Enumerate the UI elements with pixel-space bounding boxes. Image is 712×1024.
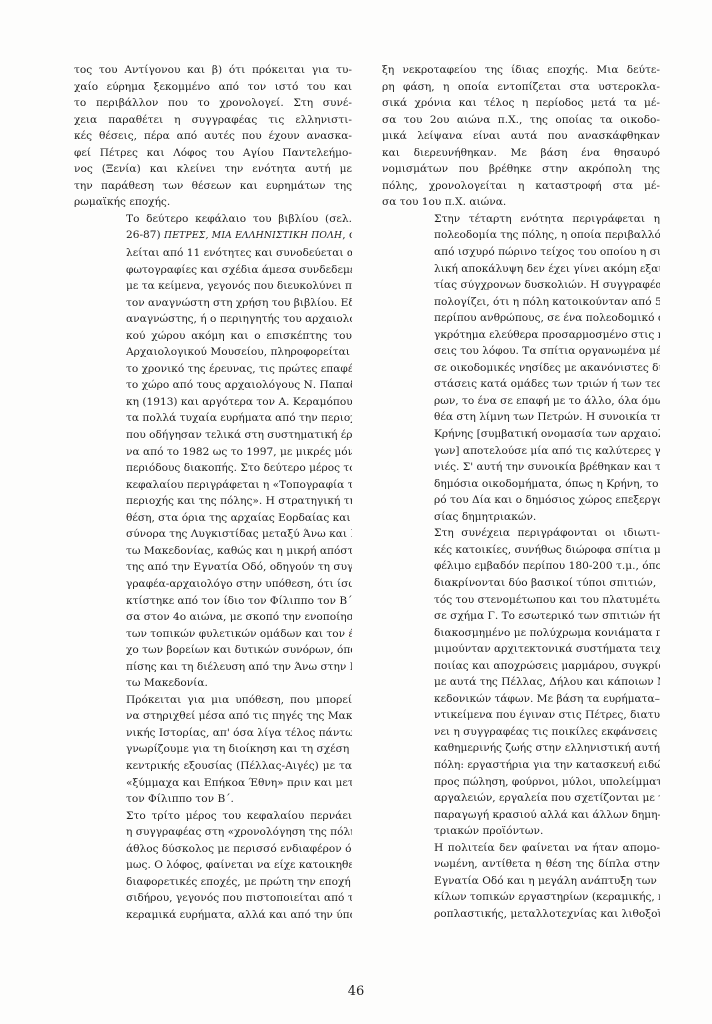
text-line: με τα κείμενα, γεγονός που διευκολύνει π…	[74, 278, 352, 295]
text-line: Πρόκειται για μια υπόθεση, που μπορεί	[74, 692, 352, 709]
text-line: Στην τέταρτη ενότητα περιγράφεται η	[382, 211, 660, 228]
text-line: και διερευνήθηκαν. Με βάση ένα θησαυρό	[382, 145, 660, 162]
text-line: ρό του Δία και ο δημόσιος χώρος επεξεργα…	[382, 492, 660, 509]
paragraph: Το δεύτερο κεφάλαιο του βιβλίου (σελ.26-…	[74, 211, 352, 692]
text-line: κεδονικών τάφων. Με βάση τα ευρήματα– α-	[382, 691, 660, 708]
text-line: διακρίνονται δύο βασικοί τύποι σπιτιών, …	[382, 575, 660, 592]
text-line: περιόδους διακοπής. Στο δεύτερο μέρος το…	[74, 460, 352, 477]
text-line: νικής Ιστορίας, απ' όσα λίγα τέλος πάντω…	[74, 725, 352, 742]
text-line: σίας δημητριακών.	[382, 509, 660, 526]
text-line: Στη συνέχεια περιγράφονται οι ιδιωτι-	[382, 525, 660, 542]
text-line: τον αναγνώστη στη χρήση του βιβλίου. Εδώ…	[74, 295, 352, 312]
text-line: νωμένη, αντίθετα η θέση της δίπλα στην	[382, 856, 660, 873]
text-line: μως. Ο λόφος, φαίνεται να είχε κατοικηθε…	[74, 857, 352, 874]
text-line: η συγγραφέας στη «χρονολόγηση της πόλης»	[74, 824, 352, 841]
text-line: θέα στη λίμνη των Πετρών. Η συνοικία της	[382, 409, 660, 426]
text-line: κές κατοικίες, συνήθως διώροφα σπίτια με…	[382, 542, 660, 559]
text-line: μικά λείψανα είναι αυτά που ανασκάφθηκαν	[382, 128, 660, 145]
paragraph: Η πολιτεία δεν φαίνεται να ήταν απομο-νω…	[382, 840, 660, 923]
text-line: τίας σύγχρονων δυσκολιών. Η συγγραφέας υ…	[382, 277, 660, 294]
text-line: λείται από 11 ενότητες και συνοδεύεται α…	[74, 245, 352, 262]
text-line: πόλη: εργαστήρια για την κατασκευή ειδών	[382, 757, 660, 774]
text-line: πολεοδομία της πόλης, η οποία περιβαλλότ…	[382, 227, 660, 244]
text-line: ρων, το ένα σε επαφή με το άλλο, όλα όμω…	[382, 393, 660, 410]
text-line: αργαλειών, εργαλεία που σχετίζονται με τ…	[382, 790, 660, 807]
text-line: που οδήγησαν τελικά στη συστηματική έρευ…	[74, 427, 352, 444]
text-line: μιμούνταν αρχιτεκτονικά συστήματα τειχο-	[382, 641, 660, 658]
text-line: 26-87) ΠΕΤΡΕΣ, ΜΙΑ ΕΛΛΗΝΙΣΤΙΚΗ ΠΟΛΗ, απο…	[74, 227, 352, 245]
paragraph: τος του Αντίγονου και β) ότι πρόκειται γ…	[74, 62, 352, 211]
text-line: δημόσια οικοδομήματα, όπως η Κρήνη, το ι…	[382, 476, 660, 493]
text-line: χεια παραθέτει η συγγραφέας τις ελληνιστ…	[74, 112, 352, 129]
text-line: γνωρίζουμε για τη διοίκηση και τη σχέση …	[74, 741, 352, 758]
text-line: φεί Πέτρες και Λόφος του Αγίου Παντελεήμ…	[74, 145, 352, 162]
text-line: σα του 1ου π.Χ. αιώνα.	[382, 194, 660, 211]
text-line: σε οικοδομικές νησίδες με ακανόνιστες δι…	[382, 360, 660, 377]
text-line: καθημερινής ζωής στην ελληνιστική αυτή	[382, 740, 660, 757]
text-line: ρωμαϊκής εποχής.	[74, 194, 352, 211]
text-line: ρη φάση, η οποία εντοπίζεται στα υστεροκ…	[382, 79, 660, 96]
paragraph: Στη συνέχεια περιγράφονται οι ιδιωτι-κές…	[382, 525, 660, 839]
text-line: περιοχής και της πόλης». Η στρατηγική τη…	[74, 493, 352, 510]
text-line: τριακών προϊόντων.	[382, 823, 660, 840]
text-line: άθλος δύσκολος με περισσό ενδιαφέρον ό-	[74, 841, 352, 858]
text-line: «ξύμμαχα και Επήκοα Έθνη» πριν και μετά	[74, 775, 352, 792]
text-line: στάσεις κατά ομάδες των τριών ή των τεσσ…	[382, 376, 660, 393]
paragraph: Στην τέταρτη ενότητα περιγράφεται ηπολεο…	[382, 211, 660, 525]
text-line: προς πώληση, φούρνοι, μύλοι, υπολείμματα	[382, 774, 660, 791]
document-page: τος του Αντίγονου και β) ότι πρόκειται γ…	[0, 0, 712, 1024]
text-line: σύνορα της Λυγκιστίδας μεταξύ Άνω και Κά…	[74, 526, 352, 543]
page-number: 46	[0, 984, 712, 999]
text-line: αναγνώστης, ή ο περιηγητής του αρχαιολογ…	[74, 311, 352, 328]
text-line: κεραμικά ευρήματα, αλλά και από την ύπαρ…	[74, 907, 352, 924]
text-line: πίσης και τη διέλευση από την Άνω στην Κ…	[74, 659, 352, 676]
text-line: το χώρο από τους αρχαιολόγους Ν. Παπαδά-	[74, 377, 352, 394]
text-line: Αρχαιολογικού Μουσείου, πληροφορείται γι…	[74, 344, 352, 361]
text-line: κεφαλαίου περιγράφεται η «Τοπογραφία της	[74, 477, 352, 494]
text-line: σε σχήμα Γ. Το εσωτερικό των σπιτιών ήτα…	[382, 608, 660, 625]
text-line: τα πολλά τυχαία ευρήματα από την περιοχή…	[74, 410, 352, 427]
text-line: ξη νεκροταφείου της ίδιας εποχής. Μια δε…	[382, 62, 660, 79]
chapter-title-italic: ΠΕΤΡΕΣ, ΜΙΑ ΕΛΛΗΝΙΣΤΙΚΗ ΠΟΛΗ	[164, 230, 342, 241]
text-line: Η πολιτεία δεν φαίνεται να ήταν απομο-	[382, 840, 660, 857]
text-line: τός του στενομέτωπου και του πλατυμέτωπο…	[382, 592, 660, 609]
text-line: κίλων τοπικών εργαστηρίων (κεραμικής, κο…	[382, 889, 660, 906]
text-line: διαφορετικές εποχές, με πρώτη την εποχή …	[74, 874, 352, 891]
text-line: γραφέα-αρχαιολόγο στην υπόθεση, ότι ίσως	[74, 576, 352, 593]
text-line: Το δεύτερο κεφάλαιο του βιβλίου (σελ.	[74, 211, 352, 228]
text-line: διακοσμημένο με πολύχρωμα κονιάματα που	[382, 625, 660, 642]
text-line: νος (Ξενία) και κλείνει την ενότητα αυτή…	[74, 161, 352, 178]
text-line: κού χώρου ακόμη και ο επισκέπτης του	[74, 328, 352, 345]
text-line: λική αποκάλυψη δεν έχει γίνει ακόμη εξαι…	[382, 261, 660, 278]
text-line: περίπου ανθρώπους, σε ένα πολεοδομικό συ…	[382, 310, 660, 327]
text-line: τω Μακεδονία.	[74, 675, 352, 692]
text-line: τος του Αντίγονου και β) ότι πρόκειται γ…	[74, 62, 352, 79]
paragraph: ξη νεκροταφείου της ίδιας εποχής. Μια δε…	[382, 62, 660, 211]
text-line: νει η συγγραφέας τις ποικίλες εκφάνσεις …	[382, 724, 660, 741]
text-line: παραγωγή κρασιού αλλά και άλλων δημη-	[382, 807, 660, 824]
left-column: τος του Αντίγονου και β) ότι πρόκειται γ…	[74, 62, 352, 923]
text-line: ποιίας και αποχρώσεις μαρμάρου, συγκρίσι…	[382, 658, 660, 675]
text-line: σα στον 4ο αιώνα, με σκοπό την ενοποίηση	[74, 609, 352, 626]
text-line: να από το 1982 ως το 1997, με μικρές μόν…	[74, 444, 352, 461]
text-line: τω Μακεδονίας, καθώς και η μικρή απόστασ…	[74, 543, 352, 560]
text-line: σεις του λόφου. Τα σπίτια οργανωμένα μέσ…	[382, 343, 660, 360]
text-line: γκρότημα ελεύθερα προσαρμοσμένο στις κλί…	[382, 327, 660, 344]
text-line: τον Φίλιππο τον Β΄.	[74, 791, 352, 808]
text-line: ντικείμενα που έγιναν στις Πέτρες, διατυ…	[382, 707, 660, 724]
text-line: να στηριχθεί μέσα από τις πηγές της Μακε…	[74, 708, 352, 725]
text-line: νομισμάτων που βρέθηκε στην ακρόπολη της	[382, 161, 660, 178]
text-line: το περιβάλλον που το χρονολογεί. Στη συν…	[74, 95, 352, 112]
text-line: φέλιμο εμβαδόν περίπου 180-200 τ.μ., όπο…	[382, 558, 660, 575]
text-line: κη (1913) και αργότερα τον Α. Κεραμόπουλ…	[74, 394, 352, 411]
text-line: ροπλαστικής, μεταλλοτεχνίας και λιθοξοϊκ…	[382, 906, 660, 923]
text-line: χαίο εύρημα ξεκομμένο από τον ιστό του κ…	[74, 79, 352, 96]
text-line: κεντρικής εξουσίας (Πέλλας-Αιγές) με τα	[74, 758, 352, 775]
text-line: το χρονικό της έρευνας, τις πρώτες επαφέ…	[74, 361, 352, 378]
text-line: Κρήνης [συμβατική ονομασία των αρχαιολό-	[382, 426, 660, 443]
paragraph: Στο τρίτο μέρος του κεφαλαίου περνάειη σ…	[74, 808, 352, 924]
text-line: νιές. Σ' αυτή την συνοικία βρέθηκαν και …	[382, 459, 660, 476]
right-column: ξη νεκροταφείου της ίδιας εποχής. Μια δε…	[382, 62, 660, 922]
text-line: από ισχυρό πώρινο τείχος του οποίου η συ…	[382, 244, 660, 261]
text-line: σιδήρου, γεγονός που πιστοποιείται από τ…	[74, 890, 352, 907]
text-line: της από την Εγνατία Οδό, οδηγούν τη συγ-	[74, 559, 352, 576]
text-line: θέση, στα όρια της αρχαίας Εορδαίας και …	[74, 510, 352, 527]
text-line: πολογίζει, ότι η πόλη κατοικούνταν από 5…	[382, 294, 660, 311]
text-line: γων] αποτελούσε μία από τις καλύτερες γε…	[382, 443, 660, 460]
text-line: Στο τρίτο μέρος του κεφαλαίου περνάει	[74, 808, 352, 825]
text-line: πόλης, χρονολογείται η καταστροφή στα μέ…	[382, 178, 660, 195]
text-line: των τοπικών φυλετικών ομάδων και τον έλε…	[74, 626, 352, 643]
text-line: με αυτά της Πέλλας, Δήλου και κάποιων Μα…	[382, 674, 660, 691]
text-line: χο των βορείων και δυτικών συνόρων, όπως…	[74, 642, 352, 659]
paragraph: Πρόκειται για μια υπόθεση, που μπορείνα …	[74, 692, 352, 808]
text-line: σα του 2ου αιώνα π.Χ., της οποίας τα οικ…	[382, 112, 660, 129]
text-line: Εγνατία Οδό και η μεγάλη ανάπτυξη των πο…	[382, 873, 660, 890]
text-line: κτίστηκε από τον ίδιο τον Φίλιππο τον Β΄…	[74, 593, 352, 610]
text-line: φωτογραφίες και σχέδια άμεσα συνδεδεμένα	[74, 262, 352, 279]
text-line: κές θέσεις, πέρα από αυτές που έχουν ανα…	[74, 128, 352, 145]
text-line: σικά χρόνια και τέλος η περίοδος μετά τα…	[382, 95, 660, 112]
text-line: την παράθεση των θέσεων και ευρημάτων τη…	[74, 178, 352, 195]
